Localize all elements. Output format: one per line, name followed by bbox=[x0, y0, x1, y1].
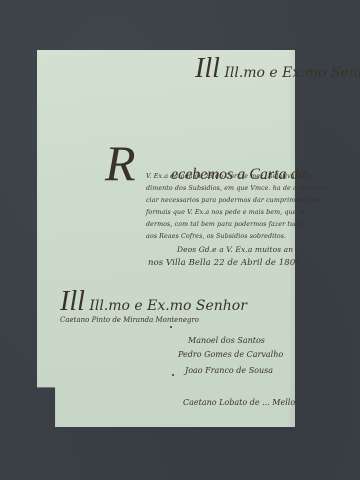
signature: Manoel dos Santos bbox=[188, 336, 265, 345]
ink-spot bbox=[172, 374, 174, 376]
closing-line: Deos Gd.e a V. Ex.a muitos an bbox=[177, 245, 293, 254]
salutation-top-initial: Ill bbox=[195, 53, 220, 84]
letter-opening: R ecebemos a Carta de bbox=[105, 138, 136, 188]
body-line: V. Ex.a datada de 28 do Corr.te mez, Rel… bbox=[146, 173, 313, 180]
body-line: aos Reaes Cofres, os Subsidios sobredito… bbox=[146, 233, 286, 240]
body-line: dimento dos Subsidios, em que Vmce. ha d… bbox=[146, 185, 328, 192]
salutation-bottom-text: Ill.mo e Ex.mo Senhor bbox=[89, 298, 247, 314]
salutation-top-text: Ill.mo e Ex.mo Senhor bbox=[224, 65, 360, 81]
paper-edge-shadow bbox=[288, 50, 295, 427]
recipient-name: Caetano Pinto de Miranda Montenegro bbox=[60, 316, 199, 324]
body-line: ciar necessarios para podermos dar cumpr… bbox=[146, 197, 320, 204]
body-line: formais que V. Ex.a nos pede e mais bem,… bbox=[146, 209, 305, 216]
salutation-bottom: Ill Ill.mo e Ex.mo Senhor bbox=[60, 288, 247, 316]
signature: Joao Franco de Sousa bbox=[185, 366, 273, 375]
signature: Pedro Gomes de Carvalho bbox=[178, 350, 283, 359]
ink-spot bbox=[170, 326, 172, 328]
body-line: dermos, com tal bem para podermos fazer … bbox=[146, 221, 302, 228]
salutation-bottom-initial: Ill bbox=[60, 286, 85, 317]
signature: Caetano Lobato de ... Mello bbox=[183, 398, 295, 407]
place-date-line: nos Villa Bella 22 de Abril de 1801 bbox=[148, 258, 301, 268]
drop-cap: R bbox=[105, 135, 136, 191]
salutation-top: Ill Ill.mo e Ex.mo Senhor bbox=[195, 55, 360, 83]
